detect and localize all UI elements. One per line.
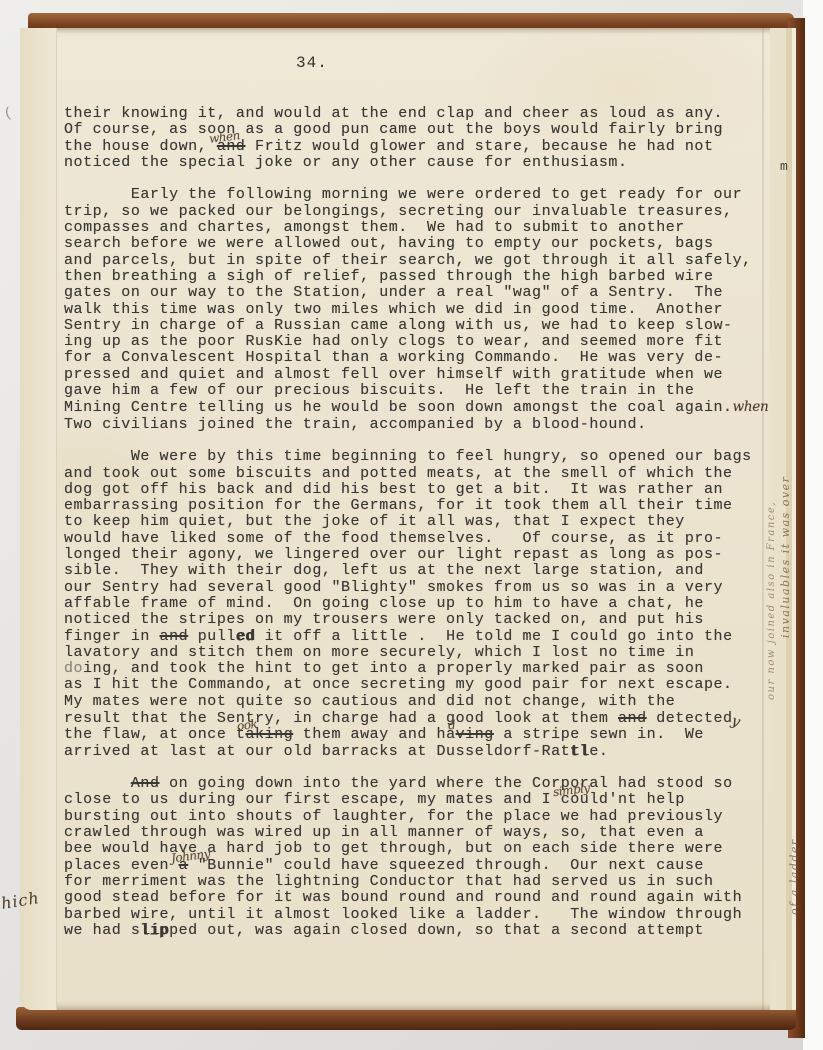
typed-line: and parcels, but in spite of their searc… [64, 253, 770, 269]
typed-line: good stead before for it was bound round… [64, 890, 770, 906]
typed-line: Early the following morning we were orde… [64, 187, 770, 203]
struck-text: and [160, 628, 189, 645]
typed-line: affable frame of mind. On going close up… [64, 596, 770, 612]
typed-line: Of course, as soon as a good pun came ou… [64, 122, 770, 138]
typed-line: the house down, whenand Fritz would glow… [64, 139, 770, 155]
typed-line: result that the Sentry, in charge had a … [64, 710, 770, 727]
book-binding-bottom [16, 1007, 796, 1030]
typed-line: And on going down into the yard where th… [64, 776, 770, 792]
typed-line: and took out some biscuits and potted me… [64, 466, 770, 482]
typed-line: Mining Centre telling us he would be soo… [64, 399, 770, 416]
typed-line: we had slipped out, was again closed dow… [64, 923, 770, 939]
typed-line: gates on our way to the Station, under a… [64, 285, 770, 301]
struck-text: And [131, 775, 160, 792]
scanned-book-page: 34. their knowing it, and would at the e… [0, 0, 823, 1050]
edge-letter-fragment: m [780, 159, 788, 174]
typed-line: dog got off his back and did his best to… [64, 482, 770, 498]
typed-line: their knowing it, and would at the end c… [64, 106, 770, 122]
handwritten-insertion: ook [237, 716, 259, 735]
typed-line: barbed wire, until it almost looked like… [64, 907, 770, 923]
typed-line: Sentry in charge of a Russian came along… [64, 318, 770, 334]
handwritten-vertical-note-1: invaluables it was over [779, 288, 792, 638]
pencil-mark: ( [2, 105, 14, 122]
typed-line: search before we were allowed out, havin… [64, 236, 770, 252]
typed-line: bursting out into shouts of laughter, fo… [64, 809, 770, 825]
typed-line: Two civilians joined the train, accompan… [64, 417, 770, 433]
typed-line: then breathing a sigh of relief, passed … [64, 269, 770, 285]
typed-line: embarrassing position for the Germans, f… [64, 498, 770, 514]
struck-text: and [618, 710, 647, 727]
typed-line: lavatory and stitch them on more securel… [64, 645, 770, 661]
typed-line: longed their agony, we lingered over our… [64, 547, 770, 563]
typed-line: noticed the special joke or any other ca… [64, 155, 770, 171]
paragraph: We were by this time beginning to feel h… [64, 449, 770, 760]
corrected-word: simplycould'nt [561, 792, 637, 808]
overtyped-text: lip [140, 922, 169, 939]
handwritten-insertion: when [208, 127, 241, 147]
typed-line: walk this time was only two miles which … [64, 302, 770, 318]
typed-line: arrived at last at our old barracks at D… [64, 744, 770, 760]
handwritten-insertion: d [447, 717, 456, 734]
typed-line: doing, and took the hint to get into a p… [64, 661, 770, 677]
handwritten-note: when [733, 399, 769, 415]
typed-line: pressed and quiet and almost fell over h… [64, 367, 770, 383]
typed-line: would have liked some of the food themse… [64, 531, 770, 547]
typed-line: for merriment was the lightning Conducto… [64, 874, 770, 890]
typed-line: as I hit the Commando, at once secreting… [64, 677, 770, 693]
typed-line: compasses and chartes, amongst them. We … [64, 220, 770, 236]
typed-text-block: their knowing it, and would at the end c… [64, 106, 770, 939]
paragraph: their knowing it, and would at the end c… [64, 106, 770, 171]
page-edge-left [20, 28, 57, 1010]
typed-line: My mates were not quite so cautious and … [64, 694, 770, 710]
corrected-word: whenand [217, 139, 246, 155]
typed-line: noticed the stripes on my trousers were … [64, 612, 770, 628]
handwritten-vertical-note-2: our now joined also in France, [766, 300, 777, 700]
typed-line: ing up as the poor RusKie had only clogs… [64, 334, 770, 350]
typed-line: for a Convalescent Hospital than a worki… [64, 350, 770, 366]
paragraph: Early the following morning we were orde… [64, 187, 770, 432]
overtyped-text: ed [236, 628, 255, 645]
corrected-word: Johnnya [179, 858, 189, 874]
struck-text: ving [456, 726, 494, 743]
handwritten-vertical-note-3: of a ladder [788, 735, 801, 915]
typed-line: close to us during our first escape, my … [64, 792, 770, 808]
corrected-word: ookaking [245, 727, 293, 743]
page-number: 34. [296, 54, 328, 72]
faded-text: do [64, 660, 83, 677]
corrected-word: dving [456, 727, 494, 743]
typed-line: finger in and pulled it off a little . H… [64, 629, 770, 645]
typed-line: sible. They with their dog, left us at t… [64, 563, 770, 579]
typed-line: the flaw, at once tookaking them away an… [64, 727, 770, 743]
typed-line: to keep him quiet, but the joke of it al… [64, 514, 770, 530]
scan-background-strip [803, 0, 823, 1050]
typed-line: our Sentry had several good "Blighty" sm… [64, 580, 770, 596]
typed-line: We were by this time beginning to feel h… [64, 449, 770, 465]
typed-line: gave him a few of our precious biscuits.… [64, 383, 770, 399]
typed-line: crawled through was wired up in all mann… [64, 825, 770, 841]
typed-line: trip, so we packed our belongings, secre… [64, 204, 770, 220]
overtyped-text: tl [570, 743, 589, 760]
typed-line: places even Johnnya "Bunnie" could have … [64, 858, 770, 874]
paragraph: And on going down into the yard where th… [64, 776, 770, 939]
